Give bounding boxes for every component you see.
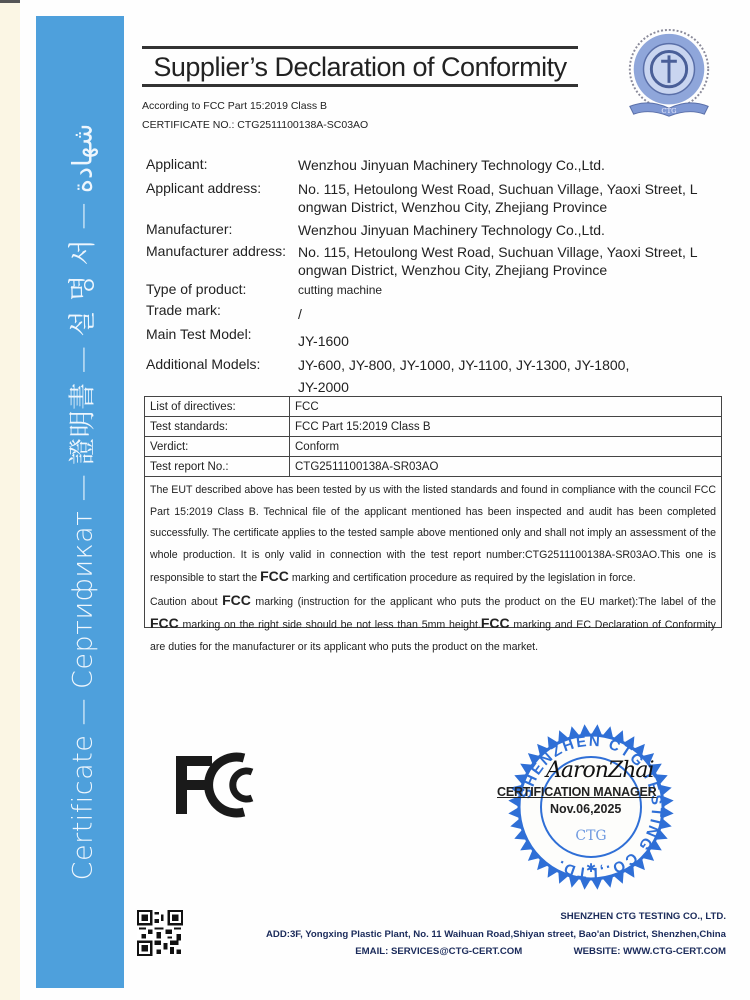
info-value: Wenzhou Jinyuan Machinery Technology Co.…	[298, 221, 728, 240]
page-title: Supplier’s Declaration of Conformity	[142, 52, 578, 83]
side-band: Certificate — Сертификат — 證明書 — 설 명 서 —…	[36, 16, 124, 988]
table-key: Test report No.:	[145, 457, 290, 477]
info-label: Manufacturer address:	[146, 243, 286, 259]
info-value: ongwan District, Wenzhou City, Zhejiang …	[298, 198, 728, 217]
info-label: Additional Models:	[146, 356, 260, 372]
info-value: /	[298, 305, 728, 324]
footer-contact: EMAIL: SERVICES@CTG-CERT.COM WEBSITE: WW…	[355, 946, 726, 957]
statement-text: Caution about	[150, 596, 222, 608]
fcc-logo-icon	[172, 750, 272, 820]
info-value: cutting machine	[298, 281, 728, 300]
table-value: FCC	[290, 397, 722, 417]
table-row: Test standards: FCC Part 15:2019 Class B	[145, 417, 722, 437]
svg-text:✱: ✱	[586, 861, 596, 875]
conformity-statement: The EUT described above has been tested …	[144, 477, 722, 628]
info-value: JY-2000	[298, 378, 728, 397]
info-value: No. 115, Hetoulong West Road, Suchuan Vi…	[298, 243, 728, 262]
fcc-mark: FCC	[150, 615, 179, 631]
qr-code-icon[interactable]	[137, 910, 183, 956]
table-key: List of directives:	[145, 397, 290, 417]
signatory-title: CERTIFICATION MANAGER	[497, 785, 656, 799]
footer-website[interactable]: WEBSITE: WWW.CTG-CERT.COM	[574, 946, 726, 957]
statement-text: marking (instruction for the applicant w…	[251, 596, 716, 608]
footer-company: SHENZHEN CTG TESTING CO., LTD.	[560, 911, 726, 922]
info-label: Trade mark:	[146, 302, 221, 318]
fcc-mark: FCC	[260, 568, 289, 584]
scan-edge-mark	[0, 0, 20, 3]
table-value: Conform	[290, 437, 722, 457]
table-value: CTG2511100138A-SR03AO	[290, 457, 722, 477]
info-label: Main Test Model:	[146, 326, 252, 342]
info-label: Type of product:	[146, 281, 246, 297]
statement-text: marking and certification procedure as r…	[289, 572, 636, 584]
table-row: Test report No.: CTG2511100138A-SR03AO	[145, 457, 722, 477]
statement-text: marking on the right side should be not …	[179, 619, 481, 631]
info-value: Wenzhou Jinyuan Machinery Technology Co.…	[298, 156, 728, 175]
table-row: Verdict: Conform	[145, 437, 722, 457]
table-key: Test standards:	[145, 417, 290, 437]
footer-address: ADD:3F, Yongxing Plastic Plant, No. 11 W…	[266, 929, 726, 940]
according-to: According to FCC Part 15:2019 Class B	[142, 100, 327, 112]
info-value: JY-600, JY-800, JY-1000, JY-1100, JY-130…	[298, 356, 728, 375]
title-rule-top	[142, 46, 578, 49]
certificate-number: CERTIFICATE NO.: CTG2511100138A-SC03AO	[142, 119, 368, 131]
info-value: JY-1600	[298, 332, 728, 351]
footer-email[interactable]: EMAIL: SERVICES@CTG-CERT.COM	[355, 946, 522, 957]
fcc-mark: FCC	[481, 615, 510, 631]
title-rule-bottom	[142, 84, 578, 87]
table-key: Verdict:	[145, 437, 290, 457]
directives-table: List of directives: FCC Test standards: …	[144, 396, 722, 477]
svg-text:CTG: CTG	[575, 828, 606, 844]
fcc-mark: FCC	[222, 592, 251, 608]
info-label: Manufacturer:	[146, 221, 232, 237]
table-row: List of directives: FCC	[145, 397, 722, 417]
info-value: No. 115, Hetoulong West Road, Suchuan Vi…	[298, 180, 728, 199]
svg-text:CTG: CTG	[661, 107, 676, 115]
certification-seal-icon: CTG	[620, 26, 718, 124]
scan-edge	[0, 0, 20, 1000]
info-value: ongwan District, Wenzhou City, Zhejiang …	[298, 261, 728, 280]
table-value: FCC Part 15:2019 Class B	[290, 417, 722, 437]
signature: AaronZhai	[546, 758, 654, 783]
statement-text: The EUT described above has been tested …	[150, 484, 716, 584]
signature-date: Nov.06,2025	[550, 802, 621, 816]
info-label: Applicant:	[146, 156, 207, 172]
info-label: Applicant address:	[146, 180, 261, 196]
side-band-text: Certificate — Сертификат — 證明書 — 설 명 서 —…	[61, 124, 100, 881]
